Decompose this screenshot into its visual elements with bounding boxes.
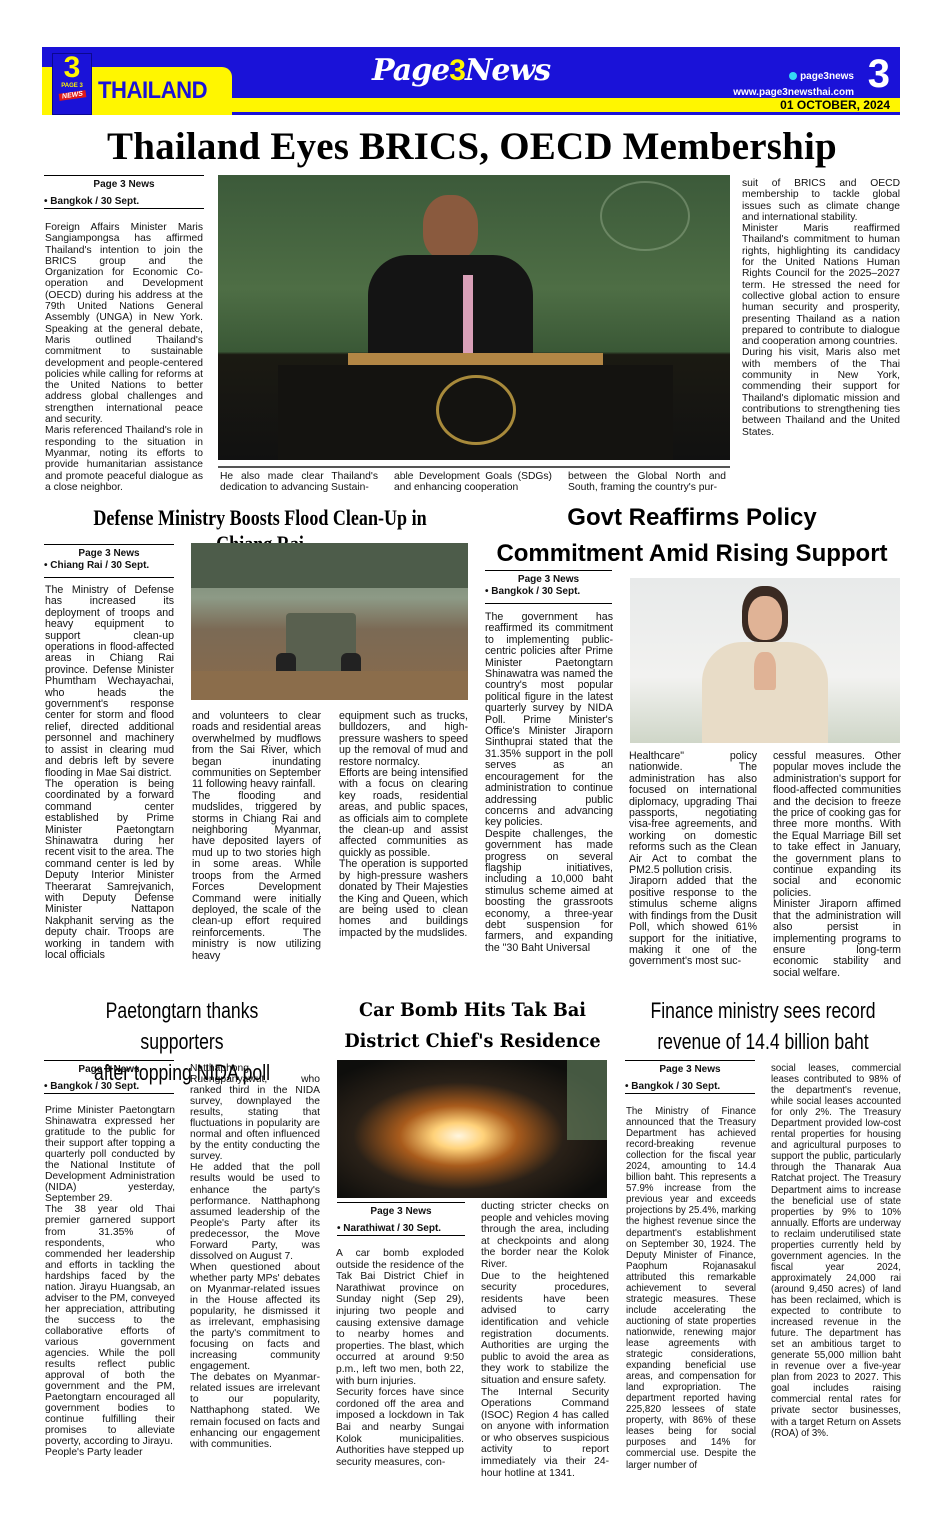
paragraph: The debates on Myanmar-related issues ar… [190, 1372, 320, 1449]
brand-prefix: Page [372, 53, 449, 88]
lectern-top [348, 353, 603, 365]
byline-rule [485, 598, 612, 604]
paragraph: When questioned about whether party MPs'… [190, 1262, 320, 1372]
byline-source: Page 3 News [44, 176, 204, 190]
un-emblem-wall-icon [600, 181, 690, 251]
paragraph: suit of BRICS and OECD membership to tac… [742, 178, 900, 223]
finance-headline: Finance ministry sees record revenue of … [647, 995, 879, 1057]
photo-rule [218, 466, 730, 468]
brics-photo [218, 175, 730, 460]
paragraph: Jiraporn added that the positive respons… [629, 876, 757, 967]
face [748, 596, 782, 640]
policy-column-2: Healthcare" policy nationwide. The admin… [629, 751, 757, 968]
buildings [191, 543, 468, 588]
headline-line: Finance ministry sees record [647, 995, 879, 1026]
paragraph: He added that the poll results would be … [190, 1162, 320, 1261]
nida-byline: Page 3 News • Bangkok / 30 Sept. [44, 1060, 174, 1094]
paragraph: Natthaphong Ruengpanyawut, who ranked th… [190, 1063, 320, 1162]
byline-dateline: • Bangkok / 30 Sept. [625, 1078, 755, 1094]
nida-column-2: Natthaphong Ruengpanyawut, who ranked th… [190, 1063, 320, 1450]
paragraph: Minister Maris reaffirmed Thailand's com… [742, 223, 900, 347]
logo-news-tag: NEWS [58, 90, 86, 101]
bomb-byline: Page 3 News • Narathiwat / 30 Sept. [337, 1202, 465, 1236]
flood-column-2: and volunteers to clear roads and reside… [192, 711, 321, 962]
social-icon [789, 72, 797, 80]
paragraph: The Ministry of Finance announced that t… [626, 1106, 756, 1471]
lead-headline: Thailand Eyes BRICS, OECD Membership [42, 124, 902, 169]
byline-source: Page 3 News [485, 571, 612, 585]
flood-column-1: The Ministry of Defense has increased it… [45, 585, 174, 961]
issue-date: 01 OCTOBER, 2024 [780, 98, 890, 112]
brics-byline: Page 3 News • Bangkok / 30 Sept. [44, 175, 204, 209]
un-emblem-podium-icon [436, 375, 516, 445]
masthead: 3 PAGE 3 NEWS THAILAND Page3News page3ne… [42, 47, 900, 115]
paragraph: A car bomb exploded outside the residenc… [336, 1248, 464, 1387]
brics-column-2: He also made clear Thailand's dedication… [220, 471, 378, 494]
paragraph: cessful measures. Other popular moves in… [773, 751, 901, 899]
finance-byline: Page 3 News • Bangkok / 30 Sept. [625, 1060, 755, 1094]
finance-column-2: social leases, commercial leases contrib… [771, 1063, 901, 1439]
byline-dateline: • Bangkok / 30 Sept. [485, 585, 612, 598]
paragraph: The Internal Security Operations Command… [481, 1387, 609, 1480]
headline-line: District Chief's Residence [340, 1026, 605, 1057]
bomb-column-1: A car bomb exploded outside the residenc… [336, 1248, 464, 1468]
byline-source: Page 3 News [44, 545, 174, 559]
paragraph: social leases, commercial leases contrib… [771, 1063, 901, 1439]
byline-source: Page 3 News [44, 1061, 174, 1075]
paragraph: People's Party leader [45, 1447, 175, 1458]
paragraph: The flooding and mudslides, triggered by… [192, 791, 321, 962]
policy-photo [630, 578, 900, 743]
policy-column-1: The government has reaffirmed its commit… [485, 612, 613, 954]
page-number: 3 [868, 53, 890, 95]
byline-rule [44, 572, 174, 578]
page3-logo[interactable]: 3 PAGE 3 NEWS [52, 53, 92, 115]
social-handle-text: page3news [800, 71, 854, 82]
nida-column-1: Prime Minister Paetongtarn Shinawatra ex… [45, 1105, 175, 1459]
brand-number: 3 [449, 54, 465, 87]
byline-source: Page 3 News [625, 1061, 755, 1075]
paragraph: Due to the heightened security procedure… [481, 1271, 609, 1387]
brics-column-5: suit of BRICS and OECD membership to tac… [742, 178, 900, 438]
brics-column-1: Foreign Affairs Minister Maris Sangiampo… [45, 222, 203, 493]
brics-column-3: able Development Goals (SDGs) and enhanc… [394, 471, 552, 494]
paragraph: Efforts are being intensified with a foc… [339, 768, 468, 859]
byline-dateline: • Narathiwat / 30 Sept. [337, 1220, 465, 1236]
headline-line: Car Bomb Hits Tak Bai [340, 995, 605, 1026]
headline-line: revenue of 14.4 billion baht [647, 1026, 879, 1057]
paragraph: Despite challenges, the government has m… [485, 829, 613, 954]
website-link[interactable]: www.page3newsthai.com [733, 87, 854, 98]
edition-label: THAILAND [98, 77, 207, 105]
brand-suffix: News [465, 53, 550, 88]
byline-dateline: • Chiang Rai / 30 Sept. [44, 559, 174, 572]
paragraph: The operation is being coordinated by a … [45, 779, 174, 962]
policy-headline: Govt Reaffirms Policy Commitment Amid Ri… [482, 500, 902, 572]
flood-photo [191, 543, 468, 700]
policy-column-3: cessful measures. Other popular moves in… [773, 751, 901, 979]
hands-wai [754, 652, 776, 690]
social-handle[interactable]: page3news [789, 71, 854, 82]
headline-line: Commitment Amid Rising Support [482, 536, 902, 572]
logo-number: 3 [64, 54, 81, 82]
paragraph: Prime Minister Paetongtarn Shinawatra ex… [45, 1105, 175, 1204]
flood-byline: Page 3 News • Chiang Rai / 30 Sept. [44, 544, 174, 578]
bomb-photo [337, 1060, 607, 1198]
mud-ground [191, 671, 468, 700]
newspaper-brand[interactable]: Page3News [372, 53, 550, 88]
paragraph: Healthcare" policy nationwide. The admin… [629, 751, 757, 876]
paragraph: During his visit, Maris also met with me… [742, 347, 900, 437]
paragraph: and volunteers to clear roads and reside… [192, 711, 321, 791]
brics-column-4: between the Global North and South, fram… [568, 471, 726, 494]
byline-dateline: • Bangkok / 30 Sept. [44, 1078, 174, 1094]
headline-line: Govt Reaffirms Policy [482, 500, 902, 536]
bomb-headline: Car Bomb Hits Tak Bai District Chief's R… [340, 995, 605, 1057]
byline-source: Page 3 News [337, 1203, 465, 1217]
paragraph: Foreign Affairs Minister Maris Sangiampo… [45, 222, 203, 425]
paragraph: The 38 year old Thai premier garnered su… [45, 1204, 175, 1447]
paragraph: equipment such as trucks, bulldozers, an… [339, 711, 468, 768]
headline-line: Paetongtarn thanks supporters [70, 995, 294, 1057]
flood-column-3: equipment such as trucks, bulldozers, an… [339, 711, 468, 939]
paragraph: Security forces have since cordoned off … [336, 1387, 464, 1468]
speaker-tie [463, 275, 473, 355]
speaker-suit [368, 255, 533, 355]
paragraph: The Ministry of Defense has increased it… [45, 585, 174, 779]
paragraph: Minister Jiraporn affimed that the admin… [773, 899, 901, 979]
speaker-head [423, 195, 478, 260]
bomb-column-2: ducting stricter checks on people and ve… [481, 1201, 609, 1479]
paragraph: ducting stricter checks on people and ve… [481, 1201, 609, 1271]
logo-label: PAGE 3 [61, 82, 83, 90]
finance-column-1: The Ministry of Finance announced that t… [626, 1106, 756, 1471]
wall-green [567, 1060, 607, 1140]
byline-dateline: • Bangkok / 30 Sept. [44, 193, 204, 209]
paragraph: The government has reaffirmed its commit… [485, 612, 613, 829]
paragraph: Maris referenced Thailand's role in resp… [45, 425, 203, 493]
policy-byline: Page 3 News • Bangkok / 30 Sept. [485, 570, 612, 604]
paragraph: The operation is supported by high-press… [339, 859, 468, 939]
